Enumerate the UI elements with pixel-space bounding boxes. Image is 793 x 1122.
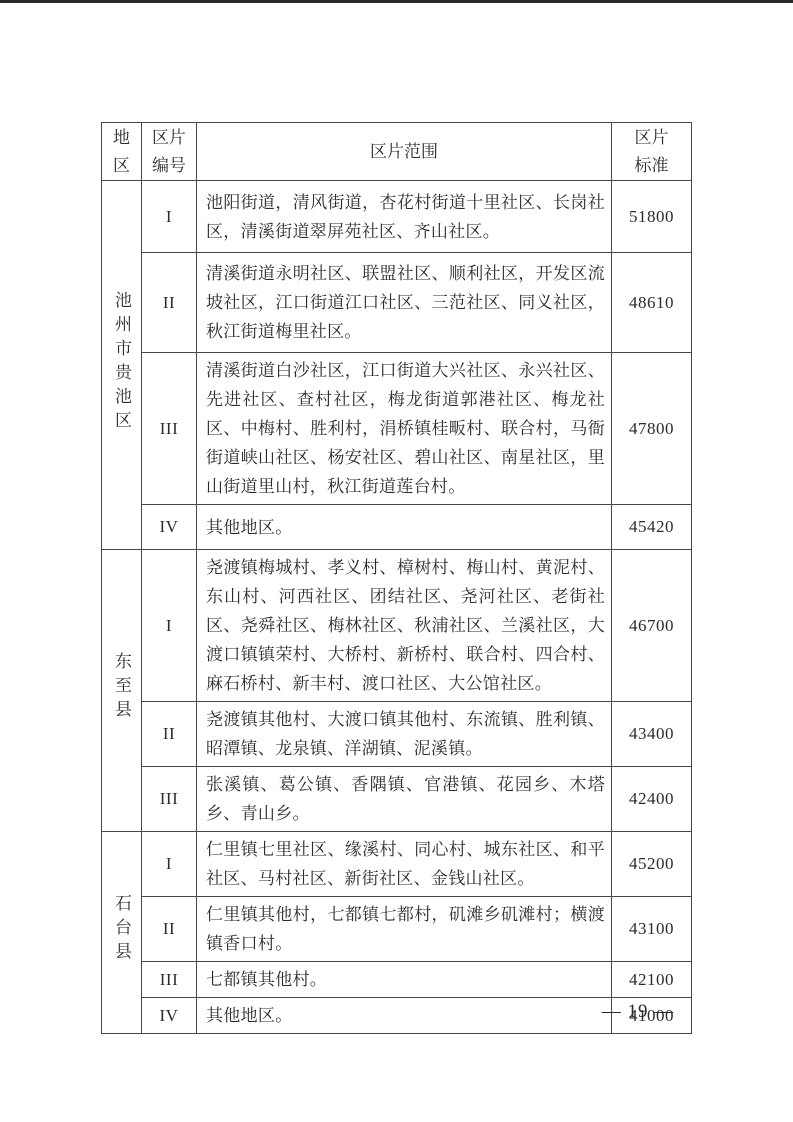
table-row: II 尧渡镇其他村、大渡口镇其他村、东流镇、胜利镇、昭潭镇、龙泉镇、洋湖镇、泥溪… [102, 702, 692, 767]
header-zone-standard: 区片 标准 [612, 123, 692, 181]
zone-number-cell: III [142, 353, 197, 505]
zone-number-cell: II [142, 897, 197, 962]
table-row: 石台县 I 仁里镇七里社区、缘溪村、同心村、城东社区、和平社区、马村社区、新街社… [102, 832, 692, 897]
table-header-row: 地 区 区片 编号 区片范围 区片 标准 [102, 123, 692, 181]
table-row: II 仁里镇其他村，七都镇七都村，矶滩乡矶滩村；横渡镇香口村。 43100 [102, 897, 692, 962]
table-row: II 清溪街道永明社区、联盟社区、顺利社区，开发区流坡社区，江口街道江口社区、三… [102, 253, 692, 353]
zone-number-cell: II [142, 253, 197, 353]
table-row: III 清溪街道白沙社区，江口街道大兴社区、永兴社区、先进社区、查村社区，梅龙街… [102, 353, 692, 505]
region-label: 东至县 [113, 652, 130, 724]
zone-standard-table: 地 区 区片 编号 区片范围 区片 标准 池州市贵池区 I 池阳街道，清风街道，… [101, 122, 692, 1034]
zone-scope-cell: 仁里镇其他村，七都镇七都村，矶滩乡矶滩村；横渡镇香口村。 [197, 897, 612, 962]
zone-number-cell: IV [142, 998, 197, 1034]
zone-number-cell: III [142, 962, 197, 998]
zone-number-cell: III [142, 767, 197, 832]
zone-number-cell: II [142, 702, 197, 767]
zone-standard-cell: 43400 [612, 702, 692, 767]
zone-number-cell: I [142, 181, 197, 253]
zone-scope-cell: 尧渡镇梅城村、孝义村、樟树村、梅山村、黄泥村、东山村、河西社区、团结社区、尧河社… [197, 550, 612, 702]
page-number: — 19 — [588, 1001, 688, 1023]
table-row: III 七都镇其他村。 42100 [102, 962, 692, 998]
table-row: 池州市贵池区 I 池阳街道，清风街道，杏花村街道十里社区、长岗社区，清溪街道翠屏… [102, 181, 692, 253]
zone-standard-cell: 46700 [612, 550, 692, 702]
region-label: 石台县 [113, 894, 130, 966]
zone-scope-cell: 七都镇其他村。 [197, 962, 612, 998]
zone-standard-cell: 45200 [612, 832, 692, 897]
region-cell-guichi: 池州市贵池区 [102, 181, 142, 550]
table-row: 东至县 I 尧渡镇梅城村、孝义村、樟树村、梅山村、黄泥村、东山村、河西社区、团结… [102, 550, 692, 702]
table-row: IV 其他地区。 45420 [102, 505, 692, 550]
zone-scope-cell: 尧渡镇其他村、大渡口镇其他村、东流镇、胜利镇、昭潭镇、龙泉镇、洋湖镇、泥溪镇。 [197, 702, 612, 767]
scan-edge-artifact [0, 0, 793, 3]
header-region: 地 区 [102, 123, 142, 181]
zone-standard-cell: 42400 [612, 767, 692, 832]
zone-number-cell: IV [142, 505, 197, 550]
zone-scope-cell: 张溪镇、葛公镇、香隅镇、官港镇、花园乡、木塔乡、青山乡。 [197, 767, 612, 832]
zone-scope-cell: 其他地区。 [197, 505, 612, 550]
zone-scope-cell: 池阳街道，清风街道，杏花村街道十里社区、长岗社区，清溪街道翠屏苑社区、齐山社区。 [197, 181, 612, 253]
table-row: III 张溪镇、葛公镇、香隅镇、官港镇、花园乡、木塔乡、青山乡。 42400 [102, 767, 692, 832]
zone-number-cell: I [142, 832, 197, 897]
zone-scope-cell: 其他地区。 [197, 998, 612, 1034]
zone-standard-cell: 45420 [612, 505, 692, 550]
zone-scope-cell: 仁里镇七里社区、缘溪村、同心村、城东社区、和平社区、马村社区、新街社区、金钱山社… [197, 832, 612, 897]
zone-number-cell: I [142, 550, 197, 702]
zone-standard-cell: 42100 [612, 962, 692, 998]
zone-standard-cell: 47800 [612, 353, 692, 505]
header-zone-scope: 区片范围 [197, 123, 612, 181]
zone-standard-cell: 51800 [612, 181, 692, 253]
header-zone-number: 区片 编号 [142, 123, 197, 181]
region-label: 池州市贵池区 [113, 291, 130, 435]
zone-scope-cell: 清溪街道白沙社区，江口街道大兴社区、永兴社区、先进社区、查村社区，梅龙街道郭港社… [197, 353, 612, 505]
zone-standard-cell: 48610 [612, 253, 692, 353]
zone-scope-cell: 清溪街道永明社区、联盟社区、顺利社区，开发区流坡社区，江口街道江口社区、三范社区… [197, 253, 612, 353]
zone-standard-cell: 43100 [612, 897, 692, 962]
region-cell-shitai: 石台县 [102, 832, 142, 1034]
region-cell-dongzhi: 东至县 [102, 550, 142, 832]
